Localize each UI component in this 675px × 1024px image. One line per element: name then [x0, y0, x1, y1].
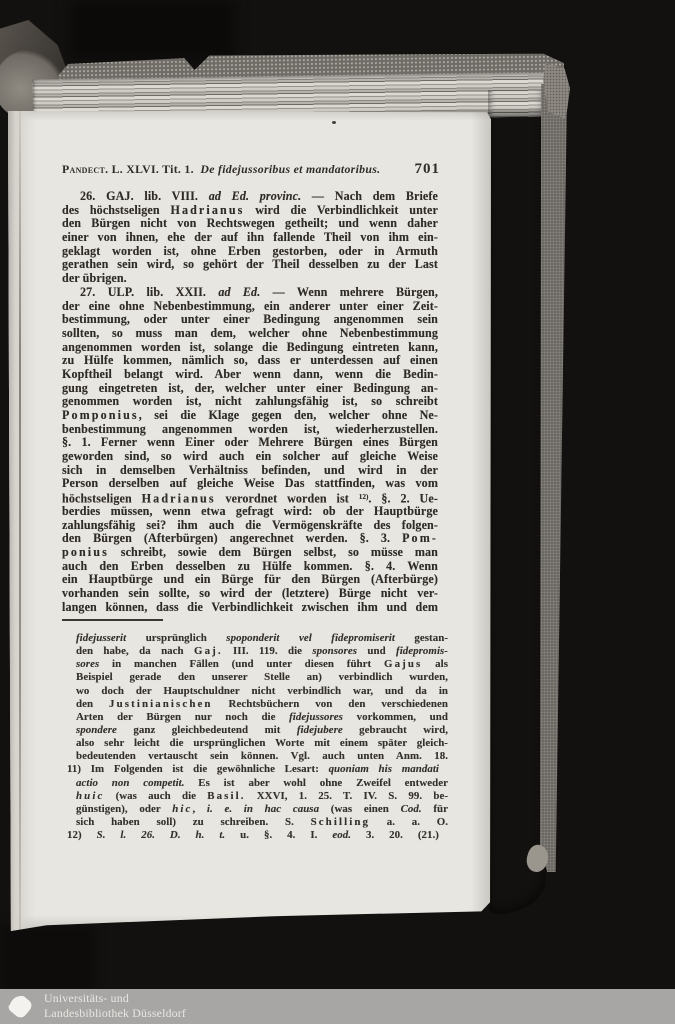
text-line: zahlungsfähig sei? ihm auch die Vermögen… [62, 519, 438, 533]
text-line: angenommen worden ist, solange die Bedin… [62, 341, 438, 355]
library-name-line2: Landesbibliothek Düsseldorf [44, 1006, 186, 1021]
text-line: der eine ohne Nebenbestimmung, ein ander… [62, 300, 438, 314]
text-line: 26. GAJ. lib. VIII. ad Ed. provinc. — Na… [62, 190, 438, 204]
text-line: gerathen sein wird, so gehört der Theil … [62, 258, 438, 272]
text-segment: huic [76, 790, 104, 802]
text-segment: Schilling [311, 816, 370, 828]
text-line: den Justinianischen Rechtsbüchern von de… [76, 698, 448, 711]
text-line: geworden sind, so wird auch ein solcher … [62, 450, 438, 464]
library-watermark-bar: Universitäts- und Landesbibliothek Düsse… [0, 989, 675, 1024]
text-segment: Basil. [207, 790, 245, 802]
ink-speck [332, 121, 336, 124]
text-segment: sponsores [312, 645, 357, 657]
text-line: gung eingetreten ist, der, welcher unter… [62, 382, 438, 396]
text-line: geklagt worden ist, ohne Erben gestorben… [62, 245, 438, 259]
text-segment: Pomponius [62, 409, 139, 422]
library-name: Universitäts- und Landesbibliothek Düsse… [44, 991, 186, 1022]
text-line: Arten der Bürgen nur noch die fidejussor… [76, 711, 448, 724]
text-line: Pomponius, sei die Klage gegen den, welc… [62, 409, 438, 423]
text-line: zu Hülfe kommen, nämlich so, dass er unt… [62, 354, 438, 368]
book-page: Pandect. L. XLVI. Tit. 1. De fidejussori… [8, 111, 491, 931]
text-segment: fidejubere [297, 724, 343, 736]
text-segment: ponius [62, 546, 109, 559]
text-segment: actio non competit. [76, 777, 185, 789]
header-journal: Pandect. [62, 162, 108, 176]
text-line: sich in demselben Verhältniss befinden, … [62, 464, 438, 478]
text-segment: S. l. 26. D. h. t. [97, 829, 226, 841]
text-segment: ad Ed. provinc. [209, 190, 302, 203]
text-line: huic (was auch die Basil. XXVI, 1. 25. T… [76, 790, 448, 803]
text-segment: sores [76, 658, 99, 670]
text-segment: quoniam his mandati [329, 763, 439, 775]
text-line: ponius schreibt, sowie dem Bürgen selbst… [62, 546, 438, 560]
background-shadow-bottom [0, 926, 95, 990]
text-line: einer von ihnen, ehe der auf ihn fallend… [62, 231, 438, 245]
text-line: vorhanden sein sollte, so wird der (letz… [62, 587, 438, 601]
book-fore-edge-pages [488, 90, 546, 914]
text-line: sollten, so muss man dem, welcher ohne N… [62, 327, 438, 341]
text-line: wo doch der Hauptschuldner nicht verbind… [76, 685, 448, 698]
text-line: benbestimmung angenommen worden ist, wie… [62, 423, 438, 437]
ulb-duesseldorf-logo-icon [3, 990, 39, 1023]
text-line: der übrigen. [62, 272, 438, 286]
text-line: Beispiel gerade den unserer Stelle an) v… [76, 671, 448, 684]
text-segment: Justinianischen [109, 698, 213, 710]
text-line: also sehr leicht die ursprünglichen Wort… [76, 737, 448, 750]
text-line: günstigen), oder hic, i. e. in hac causa… [76, 803, 448, 816]
text-segment: i. e. in hac causa [207, 803, 319, 815]
text-line: actio non competit. Es ist aber wohl ohn… [76, 777, 448, 790]
footnote-separator-rule [62, 619, 163, 621]
header-latin-title: De fidejussoribus et mandatoribus. [200, 162, 380, 176]
page-number: 701 [415, 161, 441, 178]
text-segment: spoponderit vel fidepromiserit [226, 632, 395, 644]
text-line: §. 1. Ferner wenn Einer oder Mehrere Bür… [62, 436, 438, 450]
text-line: genommen worden ist, nicht zahlungsfähig… [62, 395, 438, 409]
text-line: 11) Im Folgenden ist die gewöhnliche Les… [67, 763, 439, 776]
text-segment: 12) [359, 493, 369, 501]
running-header-title: Pandect. L. XLVI. Tit. 1. De fidejussori… [62, 162, 380, 177]
text-line: ein Hauptbürge und ein Bürge für den Bür… [62, 573, 438, 587]
text-segment: fidepromis- [396, 645, 448, 657]
text-segment: Gaj. [194, 645, 223, 657]
text-line: sores in manchen Fällen (und unter diese… [76, 658, 448, 671]
text-line: bestimmung, oder unter einer Bedingung a… [62, 313, 438, 327]
text-segment: fidejussores [289, 711, 343, 723]
text-segment: Hadrianus [170, 204, 244, 217]
text-line: des höchstseligen Hadrianus wird die Ver… [62, 204, 438, 218]
text-segment: ad Ed. [218, 286, 260, 299]
text-line: den habe, da nach Gaj. III. 119. die spo… [76, 645, 448, 658]
text-line: den Bürgen (Afterbürgen) angerechnet wer… [62, 532, 438, 546]
text-line: sich haben soll) zu schreiben. S. Schill… [76, 816, 448, 829]
text-line: bedeutenden vertauscht sein können. Vgl.… [76, 750, 448, 763]
text-line: 12) S. l. 26. D. h. t. u. §. 4. I. eod. … [67, 829, 439, 842]
background-shadow-top [70, 0, 235, 60]
footnote-block: fidejusserit ursprünglich spoponderit ve… [76, 632, 448, 842]
text-line: 27. ULP. lib. XXII. ad Ed. — Wenn mehrer… [62, 286, 438, 300]
text-line: berdies müssen, wenn etwa gefragt wird: … [62, 505, 438, 519]
header-reference: L. XLVI. Tit. 1. [112, 162, 194, 176]
text-segment: Cod. [401, 803, 422, 815]
library-name-line1: Universitäts- und [44, 991, 186, 1006]
text-line: auch den Erben desselben zu Hülfe kommen… [62, 560, 438, 574]
text-line: höchstseligen Hadrianus verordnet worden… [62, 491, 438, 505]
running-header: Pandect. L. XLVI. Tit. 1. De fidejussori… [62, 161, 440, 178]
text-segment: fidejusserit [76, 632, 126, 644]
text-segment: Pom- [402, 532, 438, 545]
text-segment: Hadrianus [142, 492, 216, 505]
page-gutter-crease [19, 111, 21, 931]
text-line: Kopftheil belangt wird. Aber wenn dann, … [62, 368, 438, 382]
main-text-block: 26. GAJ. lib. VIII. ad Ed. provinc. — Na… [62, 190, 438, 614]
text-line: spondere ganz gleichbedeutend mit fideju… [76, 724, 448, 737]
text-line: langen können, dass die Verbindlichkeit … [62, 601, 438, 615]
text-segment: Gajus [384, 658, 422, 670]
text-line: Person derselben auf gleiche Weise Das s… [62, 477, 438, 491]
text-segment: spondere [76, 724, 117, 736]
text-segment: hic [172, 803, 192, 815]
text-line: fidejusserit ursprünglich spoponderit ve… [76, 632, 448, 645]
text-line: den Bürgen nicht von Rechtswegen getheil… [62, 217, 438, 231]
book-scan-photo: Pandect. L. XLVI. Tit. 1. De fidejussori… [0, 0, 675, 1024]
book-cover-right-edge [540, 84, 568, 872]
text-segment: eod. [332, 829, 351, 841]
